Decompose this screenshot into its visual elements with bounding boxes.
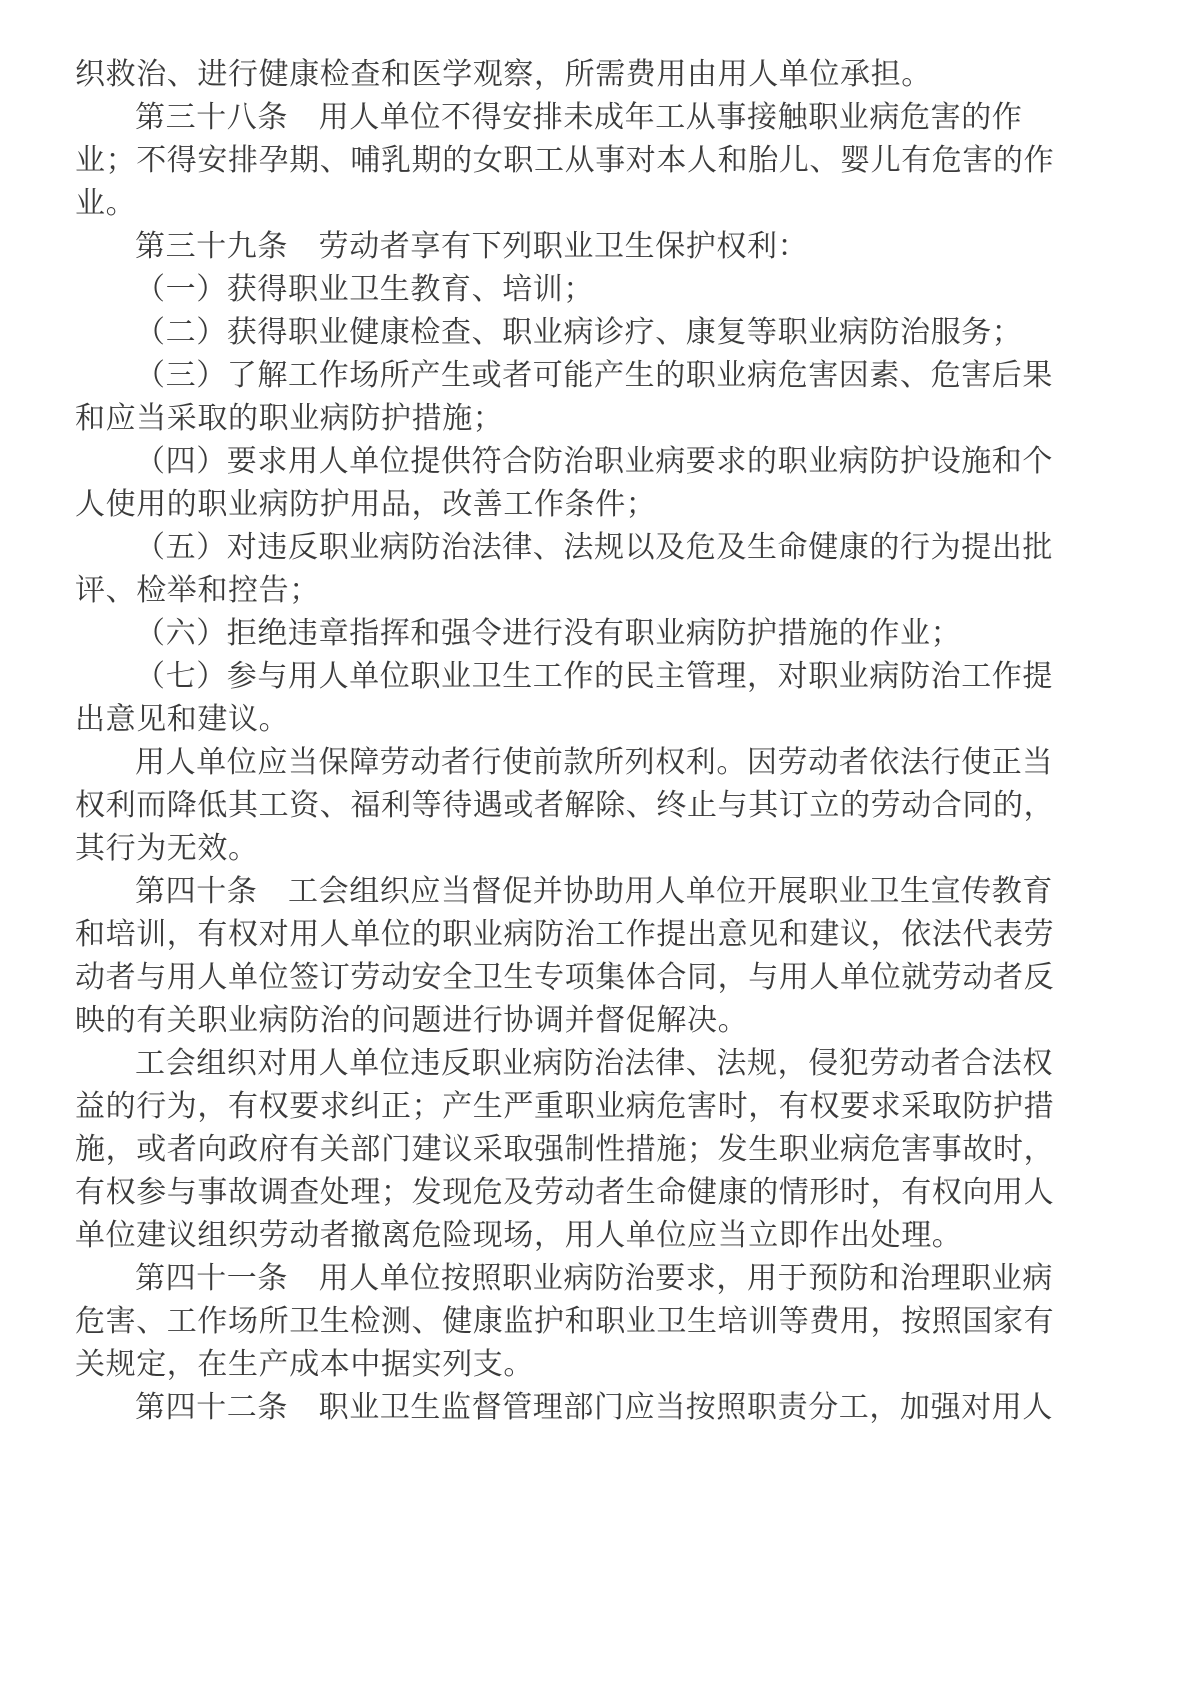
text-line: 和培训，有权对用人单位的职业病防治工作提出意见和建议，依法代表劳 [75, 915, 1054, 955]
article-42-heading: 第四十二条 职业卫生监督管理部门应当按照职责分工，加强对用人 [135, 1388, 1053, 1428]
text-line: 关规定，在生产成本中据实列支。 [75, 1345, 534, 1385]
list-item-5: （五）对违反职业病防治法律、法规以及危及生命健康的行为提出批 [135, 528, 1053, 568]
document-page: 织救治、进行健康检查和医学观察，所需费用由用人单位承担。 第三十八条 用人单位不… [0, 0, 1189, 1683]
list-item-6: （六）拒绝违章指挥和强令进行没有职业病防护措施的作业； [135, 614, 961, 654]
list-item-7: （七）参与用人单位职业卫生工作的民主管理，对职业病防治工作提 [135, 657, 1053, 697]
paragraph-start: 工会组织对用人单位违反职业病防治法律、法规，侵犯劳动者合法权 [135, 1044, 1053, 1084]
text-line: 织救治、进行健康检查和医学观察，所需费用由用人单位承担。 [75, 55, 932, 95]
text-line: 危害、工作场所卫生检测、健康监护和职业卫生培训等费用，按照国家有 [75, 1302, 1054, 1342]
text-line: 映的有关职业病防治的问题进行协调并督促解决。 [75, 1001, 748, 1041]
text-line: 人使用的职业病防护用品，改善工作条件； [75, 485, 656, 525]
article-39-heading: 第三十九条 劳动者享有下列职业卫生保护权利： [135, 227, 808, 267]
list-item-2: （二）获得职业健康检查、职业病诊疗、康复等职业病防治服务； [135, 313, 1022, 353]
paragraph-start: 用人单位应当保障劳动者行使前款所列权利。因劳动者依法行使正当 [135, 743, 1053, 783]
article-38-heading: 第三十八条 用人单位不得安排未成年工从事接触职业病危害的作 [135, 98, 1022, 138]
article-41-heading: 第四十一条 用人单位按照职业病防治要求，用于预防和治理职业病 [135, 1259, 1053, 1299]
list-item-1: （一）获得职业卫生教育、培训； [135, 270, 594, 310]
text-line: 评、检举和控告； [75, 571, 320, 611]
text-line: 单位建议组织劳动者撤离危险现场，用人单位应当立即作出处理。 [75, 1216, 962, 1256]
text-line: 有权参与事故调查处理；发现危及劳动者生命健康的情形时，有权向用人 [75, 1173, 1054, 1213]
text-line: 和应当采取的职业病防护措施； [75, 399, 503, 439]
text-line: 业；不得安排孕期、哺乳期的女职工从事对本人和胎儿、婴儿有危害的作 [75, 141, 1054, 181]
text-line: 权利而降低其工资、福利等待遇或者解除、终止与其订立的劳动合同的， [75, 786, 1054, 826]
text-line: 动者与用人单位签订劳动安全卫生专项集体合同，与用人单位就劳动者反 [75, 958, 1054, 998]
list-item-4: （四）要求用人单位提供符合防治职业病要求的职业病防护设施和个 [135, 442, 1053, 482]
text-line: 业。 [75, 184, 136, 224]
article-40-heading: 第四十条 工会组织应当督促并协助用人单位开展职业卫生宣传教育 [135, 872, 1053, 912]
text-line: 施，或者向政府有关部门建议采取强制性措施；发生职业病危害事故时， [75, 1130, 1054, 1170]
list-item-3: （三）了解工作场所产生或者可能产生的职业病危害因素、危害后果 [135, 356, 1053, 396]
text-line: 其行为无效。 [75, 829, 259, 869]
text-line: 出意见和建议。 [75, 700, 289, 740]
text-line: 益的行为，有权要求纠正；产生严重职业病危害时，有权要求采取防护措 [75, 1087, 1054, 1127]
